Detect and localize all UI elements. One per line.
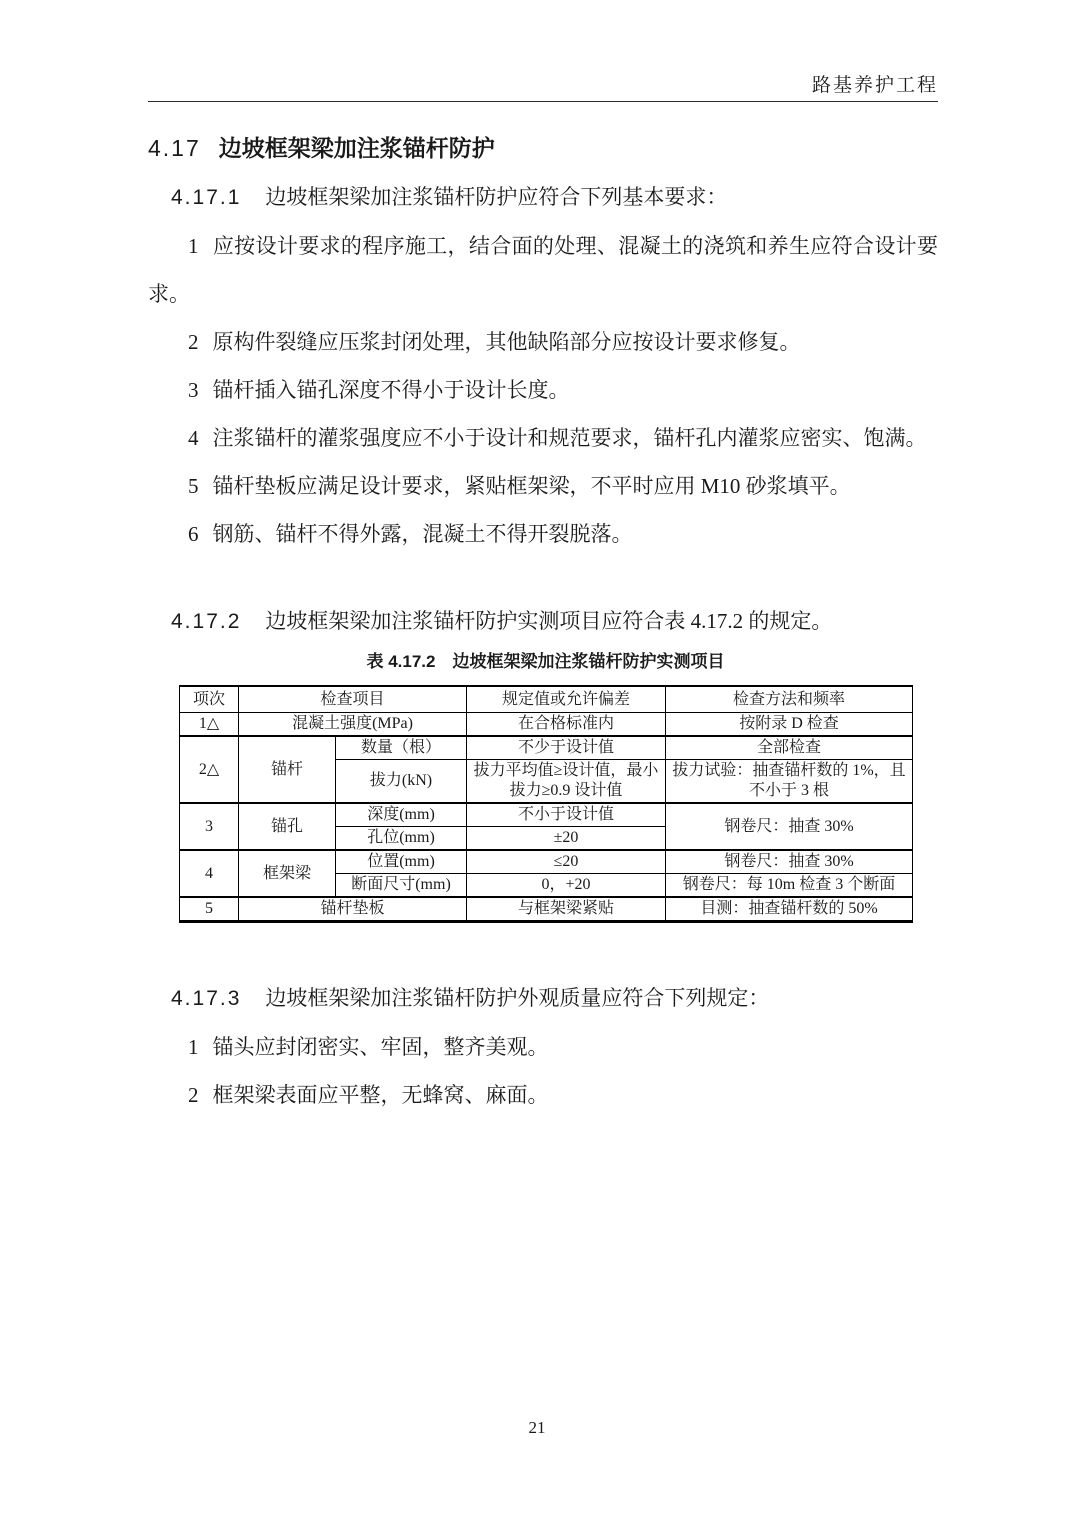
cell-spec: 在合格标准内 <box>467 713 666 737</box>
cell-method: 钢卷尺：抽查 30% <box>666 803 913 850</box>
item-number: 4 <box>188 426 199 450</box>
clause-4-17-1-item-1: 1应按设计要求的程序施工，结合面的处理、混凝土的浇筑和养生应符合设计要求。 <box>148 222 938 318</box>
cell-method: 钢卷尺：每 10m 检查 3 个断面 <box>666 874 913 898</box>
page-number: 21 <box>0 1418 1074 1438</box>
cell-item: 2△ <box>180 736 239 803</box>
item-number: 6 <box>188 522 199 546</box>
cell-method: 目测：抽查锚杆数的 50% <box>666 897 913 922</box>
cell-method: 全部检查 <box>666 736 913 760</box>
clause-4-17-2-number: 4.17.2 <box>171 610 241 633</box>
clause-4-17-3-number: 4.17.3 <box>171 987 241 1010</box>
clause-4-17-1: 4.17.1边坡框架梁加注浆锚杆防护应符合下列基本要求： <box>148 173 938 222</box>
item-text: 注浆锚杆的灌浆强度应不小于设计和规范要求，锚杆孔内灌浆应密实、饱满。 <box>213 426 927 450</box>
cell-group: 锚杆 <box>239 736 336 803</box>
cell-sub: 位置(mm) <box>336 850 467 874</box>
section-number: 4.17 <box>148 135 201 161</box>
item-text: 钢筋、锚杆不得外露，混凝土不得开裂脱落。 <box>213 522 633 546</box>
cell-method: 钢卷尺：抽查 30% <box>666 850 913 874</box>
item-number: 1 <box>188 1035 199 1059</box>
cell-spec: 与框架梁紧贴 <box>467 897 666 922</box>
clause-4-17-1-text: 边坡框架梁加注浆锚杆防护应符合下列基本要求： <box>265 185 727 209</box>
cell-check: 混凝土强度(MPa) <box>239 713 467 737</box>
item-number: 3 <box>188 378 199 402</box>
table-row: 4 框架梁 位置(mm) ≤20 钢卷尺：抽查 30% <box>180 850 913 874</box>
table-row: 3 锚孔 深度(mm) 不小于设计值 钢卷尺：抽查 30% <box>180 803 913 827</box>
item-text: 应按设计要求的程序施工，结合面的处理、混凝土的浇筑和养生应符合设计要求。 <box>148 234 938 306</box>
clause-4-17-2: 4.17.2边坡框架梁加注浆锚杆防护实测项目应符合表 4.17.2 的规定。 <box>148 597 938 646</box>
clause-4-17-2-text: 边坡框架梁加注浆锚杆防护实测项目应符合表 4.17.2 的规定。 <box>265 609 832 633</box>
cell-sub: 拔力(kN) <box>336 760 467 804</box>
clause-4-17-1-number: 4.17.1 <box>171 186 241 209</box>
cell-group: 锚孔 <box>239 803 336 850</box>
document-page: 路基养护工程 4.17边坡框架梁加注浆锚杆防护 4.17.1边坡框架梁加注浆锚杆… <box>0 0 1074 1520</box>
table-caption: 表 4.17.2 边坡框架梁加注浆锚杆防护实测项目 <box>179 650 912 674</box>
item-number: 2 <box>188 330 199 354</box>
cell-spec: 不少于设计值 <box>467 736 666 760</box>
running-header: 路基养护工程 <box>148 0 938 102</box>
cell-item: 5 <box>180 897 239 922</box>
clause-4-17-1-item-4: 4注浆锚杆的灌浆强度应不小于设计和规范要求，锚杆孔内灌浆应密实、饱满。 <box>148 414 938 462</box>
running-header-text: 路基养护工程 <box>812 70 938 97</box>
cell-group: 框架梁 <box>239 850 336 897</box>
table-row: 5 锚杆垫板 与框架梁紧贴 目测：抽查锚杆数的 50% <box>180 897 913 922</box>
item-text: 锚杆垫板应满足设计要求，紧贴框架梁，不平时应用 M10 砂浆填平。 <box>213 474 851 498</box>
table-row: 2△ 锚杆 数量（根） 不少于设计值 全部检查 <box>180 736 913 760</box>
clause-4-17-3-item-2: 2框架梁表面应平整，无蜂窝、麻面。 <box>148 1071 938 1119</box>
cell-spec: ±20 <box>467 827 666 851</box>
cell-item: 1△ <box>180 713 239 737</box>
cell-check: 锚杆垫板 <box>239 897 467 922</box>
header-method: 检查方法和频率 <box>666 686 913 713</box>
cell-method: 拔力试验：抽查锚杆数的 1%，且不小于 3 根 <box>666 760 913 804</box>
clause-4-17-1-item-2: 2原构件裂缝应压浆封闭处理，其他缺陷部分应按设计要求修复。 <box>148 318 938 366</box>
item-text: 框架梁表面应平整，无蜂窝、麻面。 <box>213 1083 549 1107</box>
item-number: 5 <box>188 474 199 498</box>
item-text: 锚杆插入锚孔深度不得小于设计长度。 <box>213 378 570 402</box>
clause-4-17-1-item-3: 3锚杆插入锚孔深度不得小于设计长度。 <box>148 366 938 414</box>
clause-4-17-3: 4.17.3边坡框架梁加注浆锚杆防护外观质量应符合下列规定： <box>148 974 938 1023</box>
clause-4-17-3-text: 边坡框架梁加注浆锚杆防护外观质量应符合下列规定： <box>265 986 769 1010</box>
clause-4-17-1-item-5: 5锚杆垫板应满足设计要求，紧贴框架梁，不平时应用 M10 砂浆填平。 <box>148 462 938 510</box>
header-spec: 规定值或允许偏差 <box>467 686 666 713</box>
cell-item: 4 <box>180 850 239 897</box>
item-number: 1 <box>188 234 199 258</box>
header-item: 项次 <box>180 686 239 713</box>
cell-spec: 拔力平均值≥设计值，最小拔力≥0.9 设计值 <box>467 760 666 804</box>
header-check: 检查项目 <box>239 686 467 713</box>
cell-spec: ≤20 <box>467 850 666 874</box>
cell-sub: 深度(mm) <box>336 803 467 827</box>
cell-sub: 孔位(mm) <box>336 827 467 851</box>
inspection-table: 项次 检查项目 规定值或允许偏差 检查方法和频率 1△ 混凝土强度(MPa) 在… <box>179 685 913 923</box>
page-content: 路基养护工程 4.17边坡框架梁加注浆锚杆防护 4.17.1边坡框架梁加注浆锚杆… <box>148 0 938 1119</box>
cell-spec: 不小于设计值 <box>467 803 666 827</box>
cell-method: 按附录 D 检查 <box>666 713 913 737</box>
clause-4-17-3-item-1: 1锚头应封闭密实、牢固，整齐美观。 <box>148 1023 938 1071</box>
table-row: 1△ 混凝土强度(MPa) 在合格标准内 按附录 D 检查 <box>180 713 913 737</box>
item-text: 锚头应封闭密实、牢固，整齐美观。 <box>213 1035 549 1059</box>
cell-item: 3 <box>180 803 239 850</box>
table-header-row: 项次 检查项目 规定值或允许偏差 检查方法和频率 <box>180 686 913 713</box>
cell-sub: 数量（根） <box>336 736 467 760</box>
item-number: 2 <box>188 1083 199 1107</box>
cell-sub: 断面尺寸(mm) <box>336 874 467 898</box>
section-heading: 4.17边坡框架梁加注浆锚杆防护 <box>148 134 938 162</box>
clause-4-17-1-item-6: 6钢筋、锚杆不得外露，混凝土不得开裂脱落。 <box>148 510 938 558</box>
cell-spec: 0，+20 <box>467 874 666 898</box>
section-title: 边坡框架梁加注浆锚杆防护 <box>219 135 495 161</box>
item-text: 原构件裂缝应压浆封闭处理，其他缺陷部分应按设计要求修复。 <box>213 330 801 354</box>
